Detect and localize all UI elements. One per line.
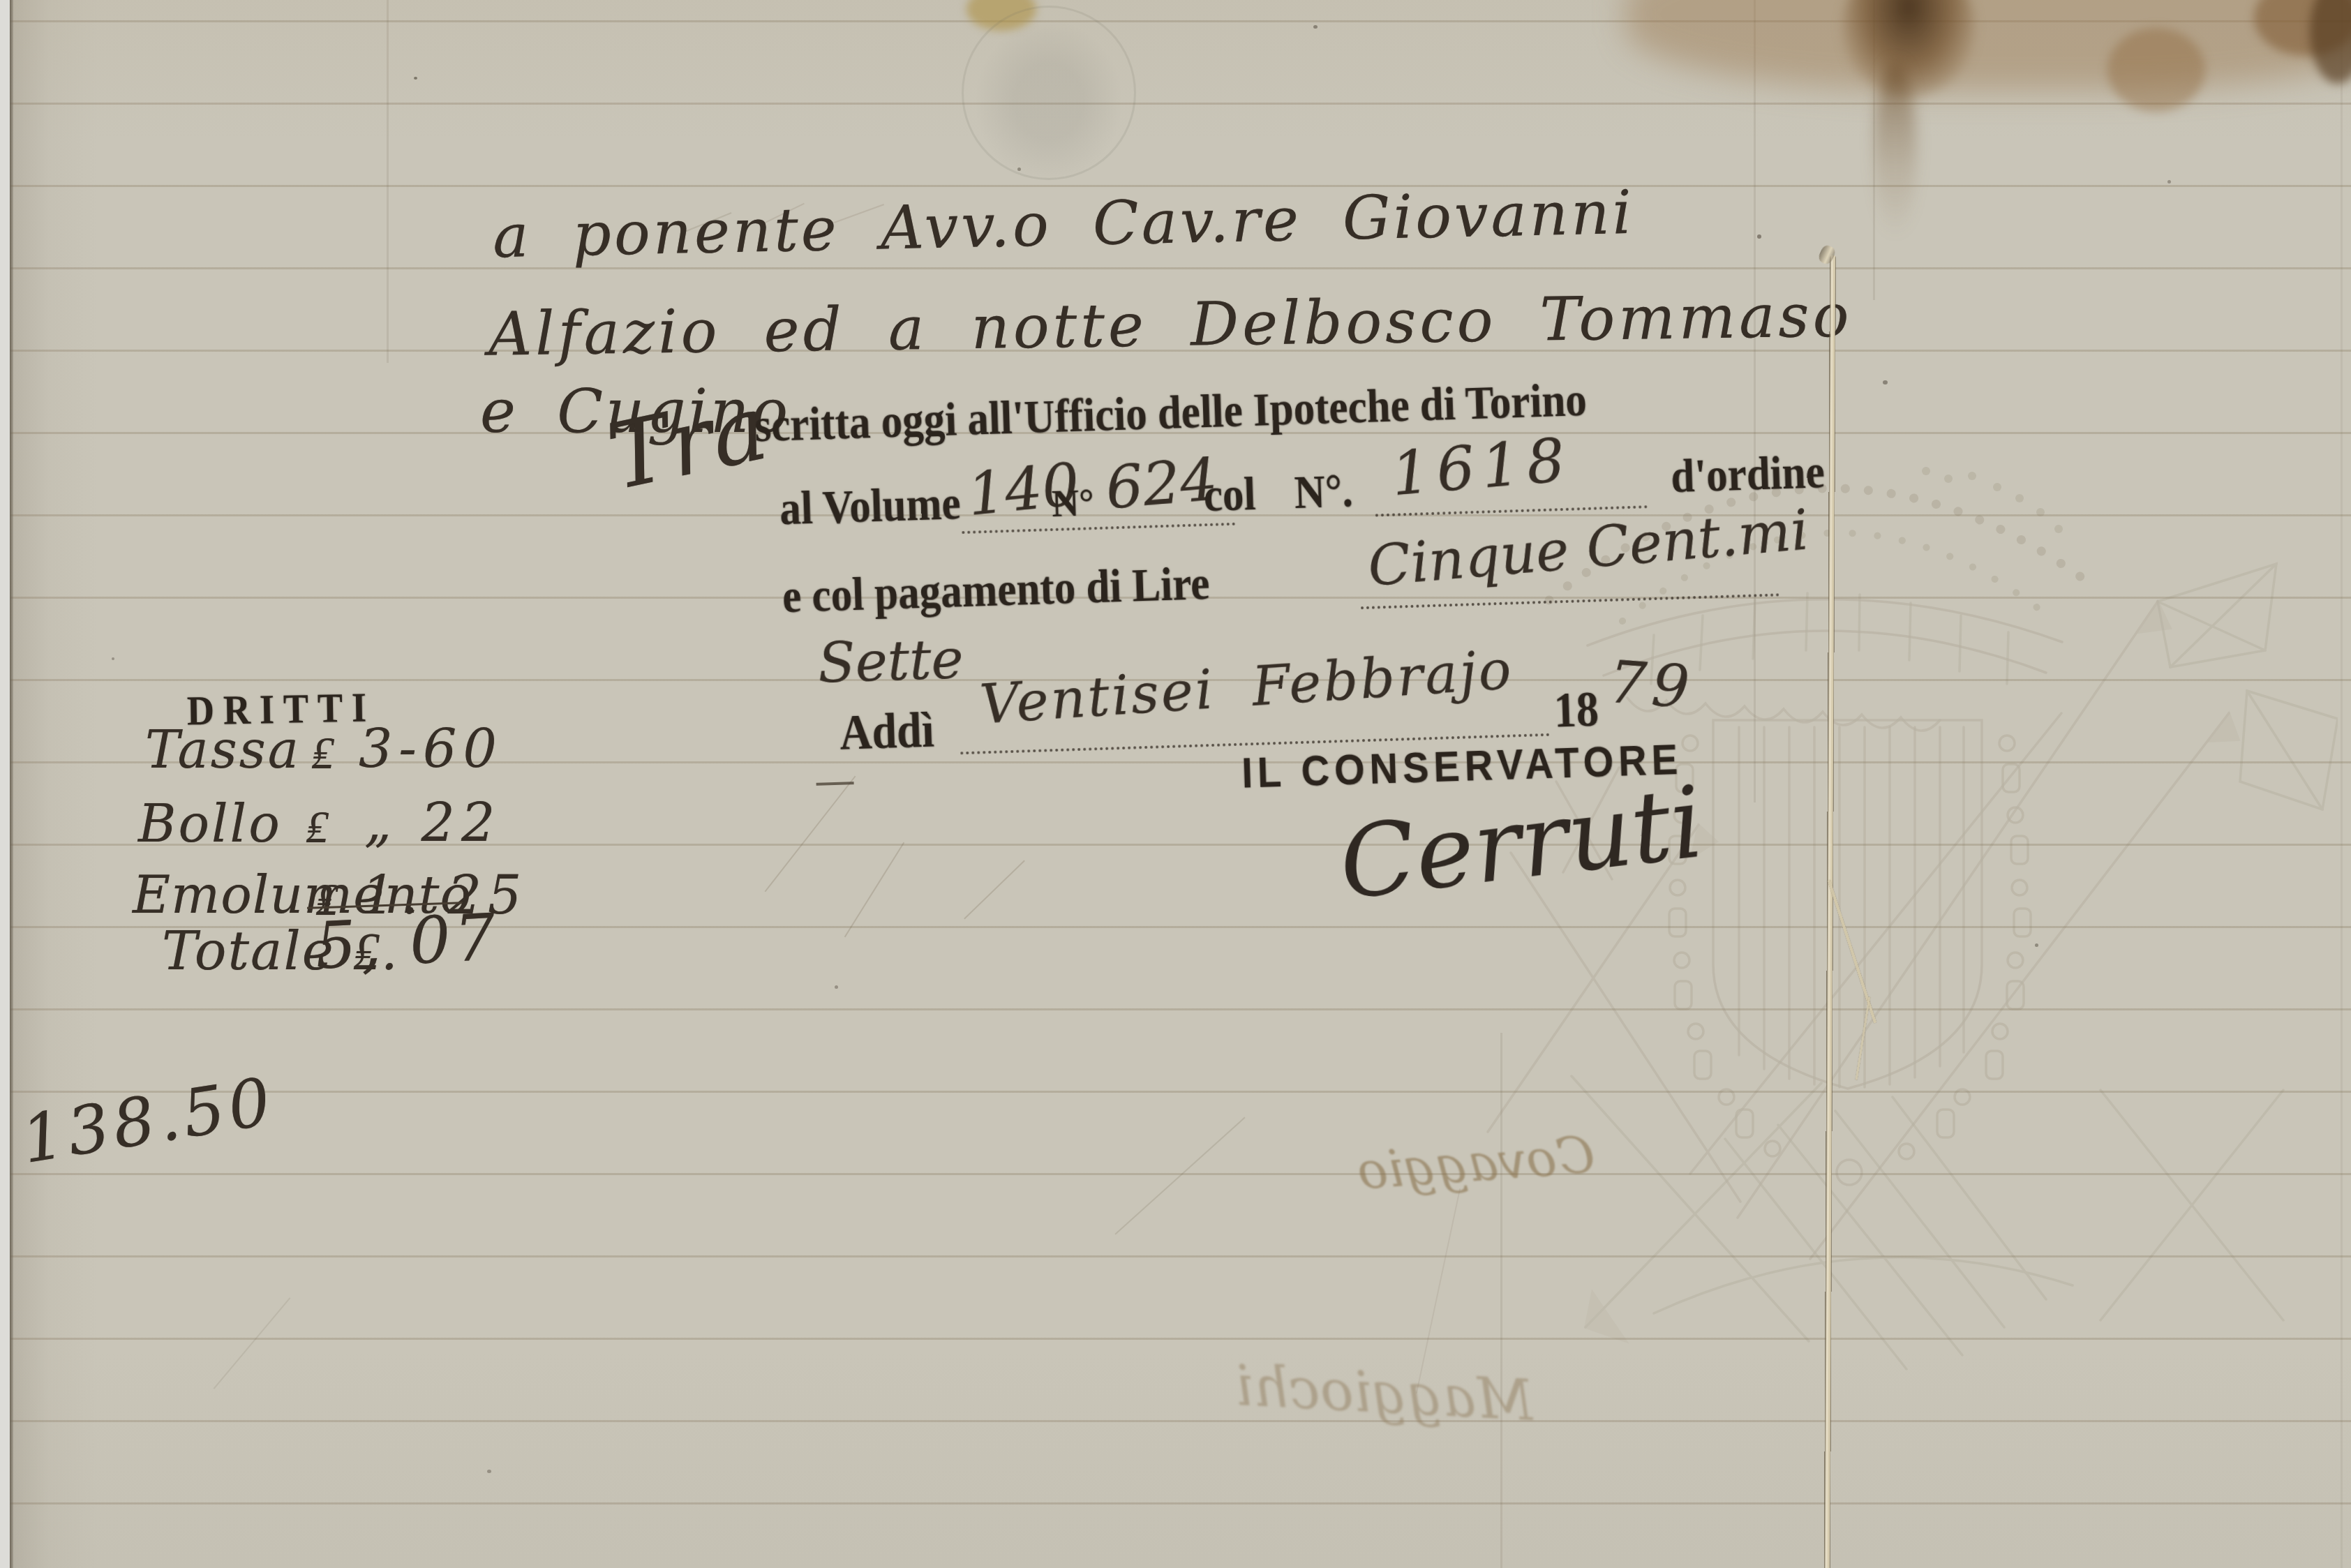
stamp-n-label-2: N°. xyxy=(1294,464,1354,521)
embossed-seal xyxy=(962,6,1136,180)
fee-row-amount: 3-60 xyxy=(359,717,503,779)
fee-row-currency: ₤ xyxy=(306,800,329,854)
foxing-stain xyxy=(2107,28,2205,112)
handwritten-payment-words-2: Sette xyxy=(817,628,964,696)
stamp-dordine-label: d'ordine xyxy=(1670,445,1826,505)
stamp-al-volume-label: al Volume xyxy=(779,477,962,537)
ink-speck xyxy=(1017,167,1021,171)
ink-speck xyxy=(112,657,114,660)
short-dash-mark xyxy=(816,782,854,786)
scanner-background-strip xyxy=(0,0,10,1568)
ink-speck xyxy=(2167,180,2171,184)
foxing-stain xyxy=(1874,63,1916,237)
ink-speck xyxy=(2035,943,2038,947)
stamp-payment-label: e col pagamento di Lire xyxy=(782,557,1210,625)
fold-crease xyxy=(387,0,389,363)
fees-total-amount: 5, 07 xyxy=(313,899,501,984)
page-edge xyxy=(10,0,13,1568)
handwritten-year-digits: 79 xyxy=(1606,648,1697,722)
stamp-addi-label: Addì xyxy=(839,701,935,761)
stamp-col-label: col xyxy=(1203,468,1257,524)
registration-stamp: scritta oggi all'Ufficio delle Ipoteche … xyxy=(740,358,1904,1063)
ink-speck xyxy=(1757,234,1761,239)
fold-crease xyxy=(2341,0,2343,1568)
ink-speck xyxy=(414,77,417,80)
fee-row-amount: „ 22 xyxy=(364,791,501,853)
handwritten-order-number: 1618 xyxy=(1389,425,1574,509)
handwritten-article-number: 624 xyxy=(1103,445,1221,523)
stamp-year-prefix: 18 xyxy=(1553,680,1599,739)
ink-speck xyxy=(1313,25,1318,29)
fee-row-currency: ₤ xyxy=(311,726,334,780)
fee-row-label: Tassa xyxy=(145,720,301,780)
dotted-fill-line xyxy=(1361,593,1779,609)
ink-speck xyxy=(487,1470,491,1473)
fee-row-label: Bollo xyxy=(138,794,282,854)
handwritten-date-words: Ventisei Febbrajo xyxy=(978,639,1515,737)
stamp-n-label-1: N° xyxy=(1051,481,1095,525)
